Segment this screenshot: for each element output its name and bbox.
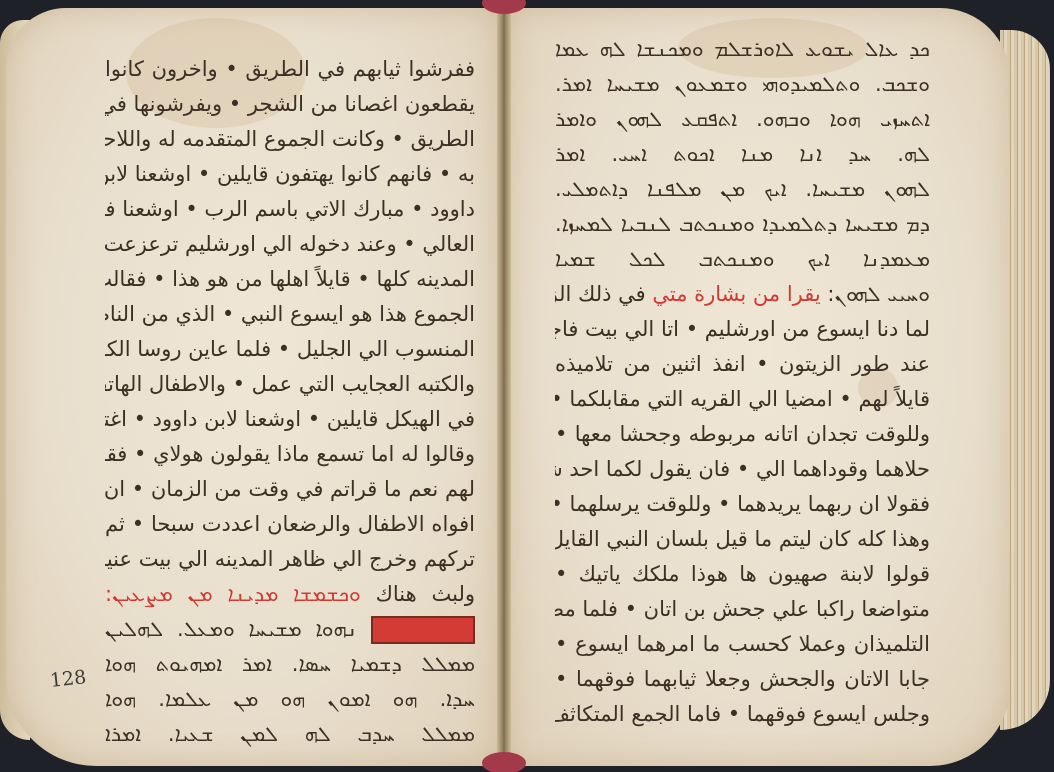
- rubric-line: ولبث هناك ܘܟܫܡܫܐ ܡܕܝܢܐ ܡܢ ܡܨܥܝܢ:: [105, 577, 475, 612]
- text-line: يقطعون اغصانا من الشجر • ويفرشونها في: [105, 87, 475, 122]
- text-line: ܠܗܘܢ ܡܫܝܚܐ. ܐܝܟ ܡܢ ܡܠܦܢܐ ܕܐܬܡܠܝ.: [555, 172, 930, 207]
- heading-line: ܘܚܝܝ ܠܗܘܢ: يقرا من بشارة متي في ذلك الزم…: [555, 277, 930, 312]
- text-line: افواه الاطفال والرضعان اعددت سبحا • ثم: [105, 507, 475, 542]
- text-line: ܘܫܟܒ. ܘܬܠܡܝܕܘܗܝ ܘܫܡܥܘܢ ܡܫܝܚܐ ܐܡܪ.: [555, 67, 930, 102]
- text-line: ܠܗ. ܚܕ ܐܢܐ ܡܢܐ ܐܟܘܬ ܐܚܝ. ܐܡܪ: [555, 137, 930, 172]
- right-page-text: ܟܕ ܥܐܠ ܝܫܘܥ ܠܐܘܪܫܠܡ ܘܡܟܢܫܐ ܠܗ ܥܡܐ ܘܫܟܒ. …: [555, 32, 930, 732]
- text-line: وهذا كله كان ليتم ما قيل بلسان النبي الق…: [555, 522, 930, 557]
- text-line: لهم نعم ما قراتم في وقت من الزمان • ان م…: [105, 472, 475, 507]
- text-line: به • فانهم كانوا يهتفون قايلين • اوشعنا …: [105, 157, 475, 192]
- text-line: ܚܕܐ. ܗܘ ܐܡܘܢ ܗܘ ܡܢ ܥܠܡܐ. ܗܘܐ: [105, 682, 475, 717]
- heading-tail: في ذلك الزمان •: [555, 282, 646, 306]
- binding-thread-bottom: [482, 752, 526, 772]
- red-rubric: ܘܟܫܡܫܐ ܡܕܝܢܐ ܡܢ ܡܨܥܝܢ:: [105, 582, 361, 606]
- text-line: عند طور الزيتون • انفذ اثنين من تلاميذه: [555, 347, 930, 382]
- text-line: حلاهما وقوداهما الي • فان يقول لكما احد …: [555, 452, 930, 487]
- text-line: ܕܡ ܡܫܝܚܐ ܕܬܠܡܝܕܐ ܘܡܢܟܬܒ ܠܢܒܝܐ ܠܡܚܙܐ.: [555, 207, 930, 242]
- text-line: العالي • وعند دخوله الي اورشليم ترعزعت: [105, 227, 475, 262]
- text-line: قولوا لابنة صهيون ها هوذا ملكك ياتيك •: [555, 557, 930, 592]
- text-line: ܡܡܠܠ ܚܕܒ ܠܗ ܠܡܢ ܫܥܝܐ. ܐܡܪܐ: [105, 717, 475, 752]
- text-segment: ولبث هناك: [376, 582, 475, 606]
- text-line: لما دنا ايسوع من اورشليم • اتا الي بيت ف…: [555, 312, 930, 347]
- text-line: ܡܡܠܠ ܕܫܡܝܐ ܚܣܐ. ܐܡܪ ܐܡܗܝܘܬ ܗܘܐ: [105, 647, 475, 682]
- text-line: تركهم وخرج الي ظاهر المدينه الي بيت عنيا…: [105, 542, 475, 577]
- text-line: ܟܕ ܥܐܠ ܝܫܘܥ ܠܐܘܪܫܠܡ ܘܡܟܢܫܐ ܠܗ ܥܡܐ: [555, 32, 930, 67]
- text-line: ܣܒ ܢܗܘܐ ܡܫܝܚܐ ܘܡܥܠ. ܠܗܠܝܢ: [105, 612, 475, 647]
- text-line: وجلس ايسوع فوقهما • فاما الجمع المتكاثف: [555, 697, 930, 732]
- folio-number: 128: [49, 666, 87, 692]
- text-line: التلميذان وعملا كحسب ما امرهما ايسوع •: [555, 627, 930, 662]
- syriac-text: ܢܗܘܐ ܡܫܝܚܐ ܘܡܥܠ. ܠܗܠܝܢ: [105, 617, 357, 641]
- book-gutter: [497, 0, 511, 772]
- text-line: والكتبه العجايب التي عمل • والاطفال الها…: [105, 367, 475, 402]
- text-line: فقولا ان ربهما يريدهما • وللوقت يرسلهما …: [555, 487, 930, 522]
- text-line: وللوقت تجدان اتانه مربوطه وجحشا معها •: [555, 417, 930, 452]
- left-page-text: ففرشوا ثيابهم في الطريق • واخرون كانوا ي…: [105, 52, 475, 752]
- text-line: المدينه كلها • قايلاً اهلها من هو هذا • …: [105, 262, 475, 297]
- text-line: في الهيكل قايلين • اوشعنا لابن داوود • ا…: [105, 402, 475, 437]
- text-line: الجموع هذا هو ايسوع النبي • الذي من النا…: [105, 297, 475, 332]
- syriac-text: ܘܚܝܝ ܠܗܘܢ:: [827, 282, 930, 306]
- red-rubric-block: ܣܒ: [371, 616, 475, 644]
- text-line: الطريق • وكانت الجموع المتقدمه له واللاح…: [105, 122, 475, 157]
- text-line: داوود • مبارك الاتي باسم الرب • اوشعنا ف…: [105, 192, 475, 227]
- text-line: متواضعا راكبا علي جحش بن اتان • فلما مضي…: [555, 592, 930, 627]
- text-line: ففرشوا ثيابهم في الطريق • واخرون كانوا: [105, 52, 475, 87]
- text-line: ܡܥܡܕܢܐ ܐܝܟ ܘܡܢܟܬܒ ܠܟܠ ܫܡܝܐ: [555, 242, 930, 277]
- text-line: جابا الاتان والجحش وجعلا ثيابهما فوقهما …: [555, 662, 930, 697]
- red-heading: يقرا من بشارة متي: [652, 282, 820, 306]
- text-line: قايلاً لهم • امضيا الي القريه التي مقابل…: [555, 382, 930, 417]
- open-manuscript: ففرشوا ثيابهم في الطريق • واخرون كانوا ي…: [0, 0, 1054, 772]
- text-line: المنسوب الي الجليل • فلما عاين روسا الكه…: [105, 332, 475, 367]
- text-line: وقالوا له اما تسمع ماذا يقولون هولاي • ف…: [105, 437, 475, 472]
- text-line: ܐܬܚܙܝ ܗܘܐ ܘܒܗܘ. ܐܬܦܩܥ ܠܗܘܢ ܘܐܡܪ: [555, 102, 930, 137]
